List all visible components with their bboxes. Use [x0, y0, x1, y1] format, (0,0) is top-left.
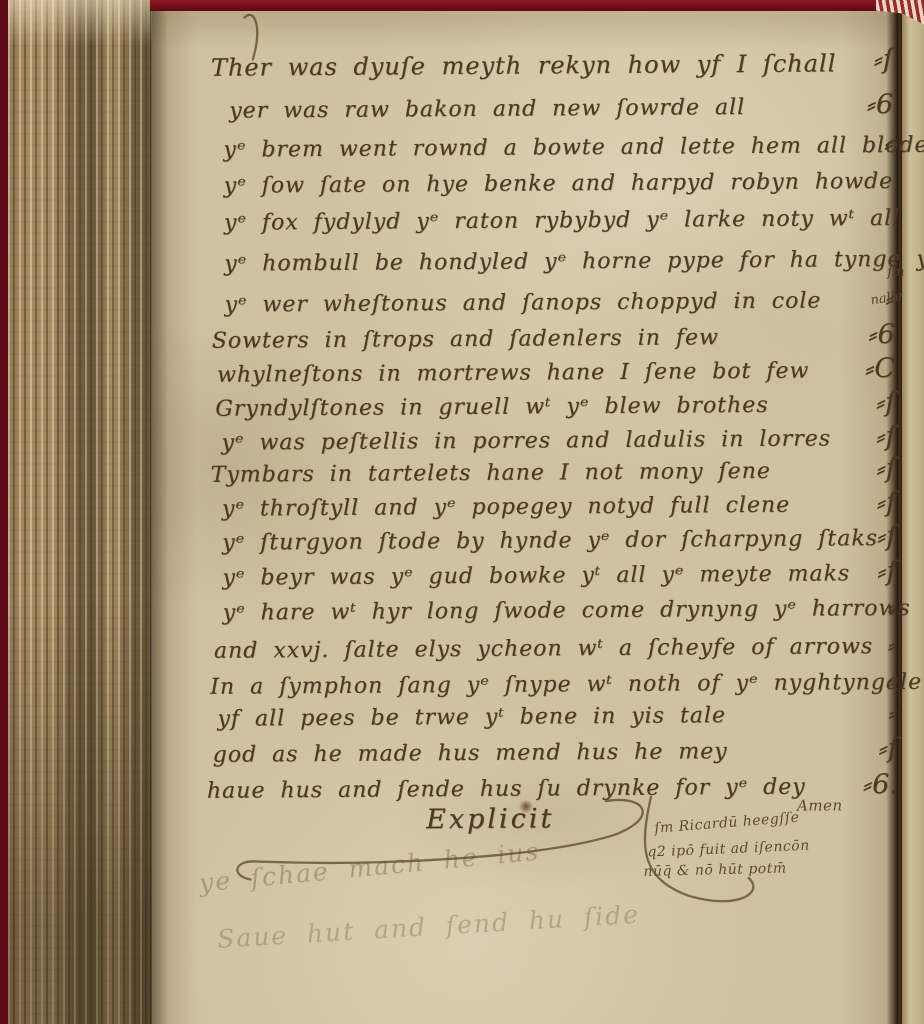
line-end-flourish: ⸗ſ [876, 421, 895, 452]
manuscript-line: In a ſymphon ſang yᵉ ſnype wᵗ noth of yᵉ… [210, 670, 897, 700]
line-end-flourish: ⸗ſ [877, 453, 896, 484]
line-end-flourish: ⸗ [888, 629, 897, 660]
manuscript-line: yᵉ throſtyll and yᵉ popegey notyd full c… [222, 492, 896, 522]
manuscript-line: yᵉ brem went rownd a bowte and lette hem… [223, 133, 893, 163]
manuscript-line-text: Gryndylſtones in gruell wᵗ yᵉ blew broth… [215, 393, 768, 422]
line-end-flourish: ⸗ſ [879, 733, 898, 764]
handwritten-text-layer: haue hus and ſende hus ſu drynke for yᵉ … [0, 0, 924, 1024]
colophon-line: Amen [797, 796, 843, 814]
line-end-flourish: ⸗ſ [877, 556, 896, 587]
manuscript-line-text: Ther was dyuſe meyth rekyn how yf I ſcha… [211, 49, 837, 81]
manuscript-line-text: Sowters in ſtrops and ſadenlers in few [212, 325, 719, 354]
manuscript-line: Sowters in ſtrops and ſadenlers in few⸗6 [212, 324, 895, 354]
line-end-flourish: ⸗C [865, 353, 895, 384]
manuscript-line-text: yf all pees be trwe yᵗ bene in yis tale [217, 703, 726, 732]
manuscript-line: yᵉ wer wheſtonus and ſanops choppyd in c… [224, 288, 894, 318]
pen-trial: Saue hut and ſend hu ſide [216, 900, 640, 954]
line-end-flourish: ⸗6 [867, 89, 893, 120]
manuscript-line-text: yᵉ was peſtellis in porres and ladulis i… [221, 426, 831, 455]
manuscript-line-text: Tymbars in tartelets hane I not mony ſen… [211, 459, 771, 488]
line-end-flourish: ⸗ [888, 697, 897, 728]
manuscript-line-text: In a ſymphon ſang yᵉ ſnype wᵗ noth of yᵉ… [210, 670, 922, 700]
manuscript-line-text: yᵉ hombull be hondyled yᵉ horne pype for… [224, 246, 924, 276]
manuscript-line: yᵉ ſturgyon ſtode by hynde yᵉ dor ſcharp… [222, 526, 896, 556]
colophon-line: ſm Ricardū heegſſe [654, 810, 800, 837]
manuscript-line: yᵉ fox fydylyd yᵉ raton rybybyd yᵉ larke… [224, 206, 894, 236]
colophon-line: q2 ipō fuit ad iſencōn [647, 838, 810, 861]
colophon-line: nūq̄ & nō hūt potm̄ [643, 860, 787, 879]
manuscript-line-text: and xxvj. ſalte elys ycheon wᵗ a ſcheyfe… [214, 634, 873, 664]
manuscript-line: yer was raw bakon and new ſowrde all⸗6 [229, 94, 893, 124]
line-end-flourish: ⸗ſ [877, 487, 896, 518]
manuscript-line-text: god as he made hus mend hus he mey [213, 739, 728, 768]
pen-trial: ye ſchae mach he ius [198, 837, 542, 898]
manuscript-line-text: yᵉ ſow ſate on hye benke and harpyd roby… [224, 169, 894, 199]
manuscript-line-text: yᵉ ſturgyon ſtode by hynde yᵉ dor ſcharp… [222, 526, 878, 556]
manuscript-line: yᵉ hombull be hondyled yᵉ horne pype for… [224, 247, 894, 277]
line-end-flourish: ⸗ [888, 665, 897, 696]
manuscript-line: haue hus and ſende hus ſu drynke for yᵉ … [207, 774, 898, 804]
manuscript-line-text: yᵉ hare wᵗ hyr long ſwode come drynyng y… [223, 596, 911, 626]
manuscript-line: yᵉ hare wᵗ hyr long ſwode come drynyng y… [223, 596, 897, 626]
manuscript-line: Tymbars in tartelets hane I not mony ſen… [211, 458, 896, 488]
margin-note: nalle [870, 289, 904, 309]
manuscript-line-text: yᵉ beyr was yᵉ gud bowke yᵗ all yᵉ meyte… [222, 561, 850, 590]
manuscript-line: Gryndylſtones in gruell wᵗ yᵉ blew broth… [215, 392, 895, 422]
manuscript-line-text: yᵉ throſtyll and yᵉ popegey notyd full c… [222, 493, 790, 522]
manuscript-line-text: whylneſtons in mortrews hane I ſene bot … [217, 359, 809, 388]
manuscript-line-text: yᵉ brem went rownd a bowte and lette hem… [223, 133, 924, 163]
line-end-flourish: ⸗ [888, 591, 897, 622]
explicit-word: Explicit [426, 803, 554, 835]
manuscript-line-text: yᵉ fox fydylyd yᵉ raton rybybyd yᵉ larke… [224, 206, 900, 236]
line-end-flourish: ⸗6 [868, 319, 894, 350]
manuscript-line-text: yᵉ wer wheſtonus and ſanops choppyd in c… [224, 288, 821, 317]
manuscript-line: yᵉ beyr was yᵉ gud bowke yᵗ all yᵉ meyte… [222, 561, 896, 591]
manuscript-line: yf all pees be trwe yᵗ bene in yis tale⸗ [217, 702, 897, 732]
manuscript-line: yᵉ was peſtellis in porres and ladulis i… [221, 426, 895, 456]
manuscript-line: yᵉ ſow ſate on hye benke and harpyd roby… [224, 169, 894, 199]
line-end-flourish: ⸗ſ [874, 44, 893, 75]
manuscript-line-text: haue hus and ſende hus ſu drynke for yᵉ … [207, 775, 806, 804]
line-end-flourish: ⸗ſ [877, 521, 896, 552]
line-end-flourish: ⸗6. [863, 769, 898, 800]
line-end-flourish: ⸗ [884, 128, 893, 159]
line-end-flourish: ⸗ſ [876, 387, 895, 418]
manuscript-photo: haue hus and ſende hus ſu drynke for yᵉ … [0, 0, 924, 1024]
manuscript-line: Ther was dyuſe meyth rekyn how yf I ſcha… [211, 49, 893, 82]
manuscript-line-text: yer was raw bakon and new ſowrde all [229, 95, 745, 124]
manuscript-line: and xxvj. ſalte elys ycheon wᵗ a ſcheyfe… [214, 634, 897, 664]
manuscript-line: whylneſtons in mortrews hane I ſene bot … [217, 358, 895, 388]
margin-note: ſm [887, 265, 904, 280]
manuscript-line: god as he made hus mend hus he mey⸗ſ [213, 738, 898, 768]
